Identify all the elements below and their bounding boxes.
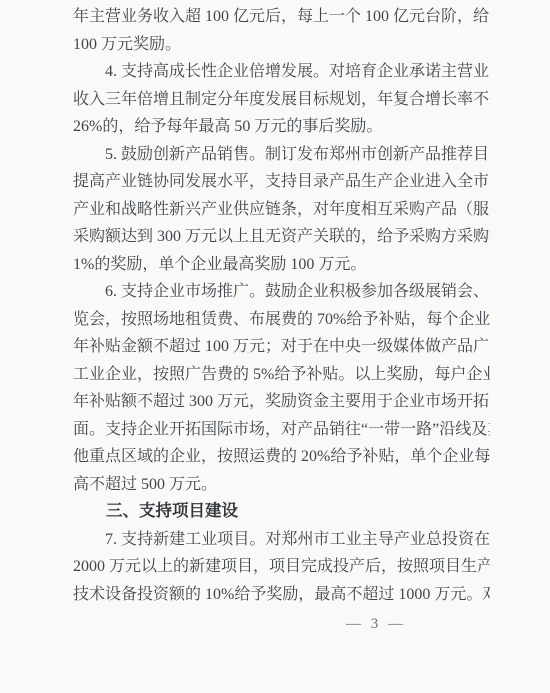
text-line: 面。支持企业开拓国际市场，对产品销往“一带一路”沿线及其 bbox=[73, 416, 490, 444]
text-line: 年主营业务收入超 100 亿元后，每上一个 100 亿元台阶，给予 bbox=[73, 3, 490, 31]
text-line: 提高产业链协同发展水平，支持目录产品生产企业进入全市主导 bbox=[73, 168, 490, 196]
document-text-block: 年主营业务收入超 100 亿元后，每上一个 100 亿元台阶，给予100 万元奖… bbox=[73, 3, 490, 608]
text-line: 采购额达到 300 万元以上且无资产关联的，给予采购方采购额 bbox=[73, 223, 490, 251]
text-line: 他重点区域的企业，按照运费的 20%给予补贴，单个企业每年最 bbox=[73, 443, 490, 471]
page-number: — 3 — bbox=[73, 614, 490, 634]
text-line: 高不超过 500 万元。 bbox=[73, 471, 490, 499]
text-line: 100 万元奖励。 bbox=[73, 31, 490, 59]
text-line: 产业和战略性新兴产业供应链条，对年度相互采购产品（服务） bbox=[73, 196, 490, 224]
text-line: 2000 万元以上的新建项目，项目完成投产后，按照项目生产和 bbox=[73, 553, 490, 581]
text-line: 7. 支持新建工业项目。对郑州市工业主导产业总投资在 bbox=[73, 526, 490, 554]
text-line: 览会，按照场地租赁费、布展费的 70%给予补贴，每个企业每 bbox=[73, 306, 490, 334]
text-line: 技术设备投资额的 10%给予奖励，最高不超过 1000 万元。对其 bbox=[73, 581, 490, 609]
document-page: 年主营业务收入超 100 亿元后，每上一个 100 亿元台阶，给予100 万元奖… bbox=[0, 0, 550, 693]
text-line: 5. 鼓励创新产品销售。制订发布郑州市创新产品推荐目录， bbox=[73, 141, 490, 169]
text-line: 26%的，给予每年最高 50 万元的事后奖励。 bbox=[73, 113, 490, 141]
text-line: 6. 支持企业市场推广。鼓励企业积极参加各级展销会、博 bbox=[73, 278, 490, 306]
text-line: 工业企业，按照广告费的 5%给予补贴。以上奖励，每户企业每 bbox=[73, 361, 490, 389]
section-heading: 三、支持项目建设 bbox=[73, 498, 490, 526]
text-line: 收入三年倍增且制定分年度发展目标规划，年复合增长率不低于 bbox=[73, 86, 490, 114]
text-line: 4. 支持高成长性企业倍增发展。对培育企业承诺主营业务 bbox=[73, 58, 490, 86]
text-line: 1%的奖励，单个企业最高奖励 100 万元。 bbox=[73, 251, 490, 279]
text-line: 年补贴金额不超过 100 万元；对于在中央一级媒体做产品广告的 bbox=[73, 333, 490, 361]
text-line: 年补贴额不超过 300 万元，奖励资金主要用于企业市场开拓方 bbox=[73, 388, 490, 416]
